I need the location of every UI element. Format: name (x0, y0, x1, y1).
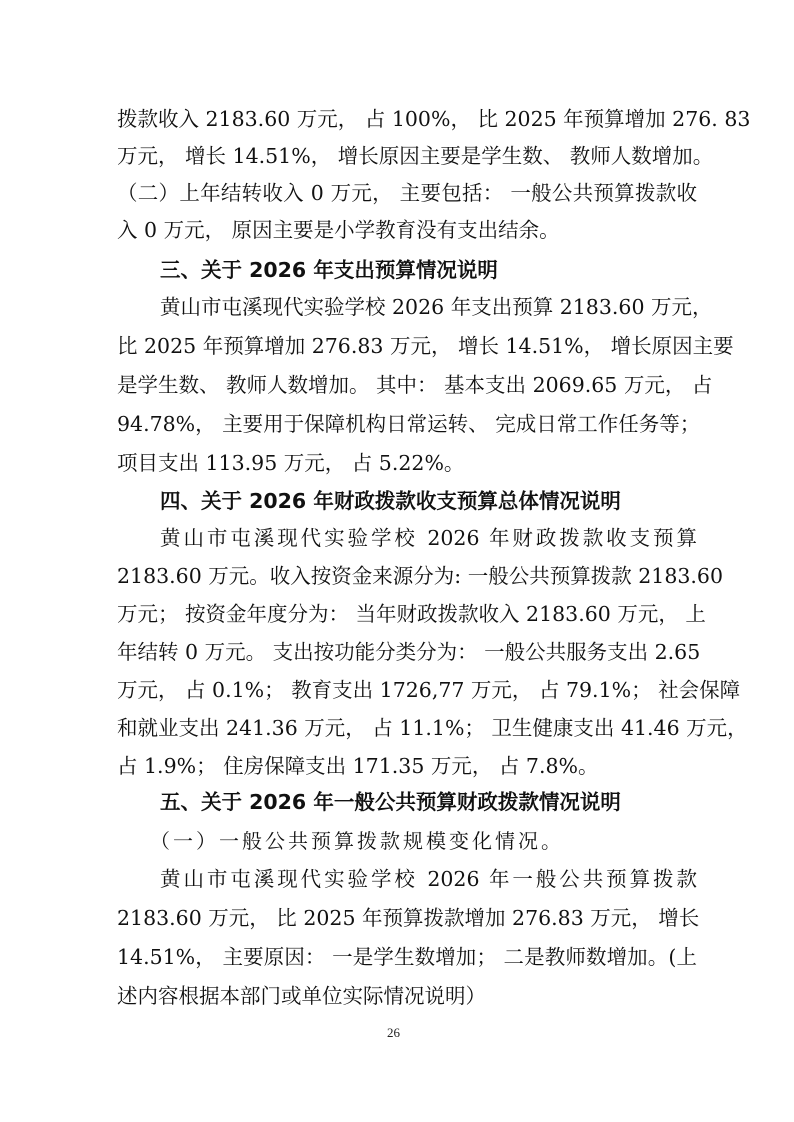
paragraph-line: 万元， 增长 14.51%， 增长原因主要是学生数、 教师人数增加。 (117, 141, 697, 171)
paragraph-line: 述内容根据本部门或单位实际情况说明） (117, 981, 697, 1011)
paragraph-line: 比 2025 年预算增加 276.83 万元， 增长 14.51%， 增长原因主… (117, 331, 697, 361)
paragraph-line: 14.51%， 主要原因： 一是学生数增加； 二是教师数增加。(上 (117, 942, 697, 972)
paragraph-line: 2183.60 万元， 比 2025 年预算拨款增加 276.83 万元， 增长 (117, 903, 697, 933)
section-heading-5: 五、关于 2026 年一般公共预算财政拨款情况说明 (160, 787, 621, 817)
paragraph-line: 年结转 0 万元。 支出按功能分类分为： 一般公共服务支出 2.65 (117, 637, 697, 667)
paragraph-line: 2183.60 万元。收入按资金来源分为: 一般公共预算拨款 2183.60 (117, 561, 697, 591)
paragraph-line: 入 0 万元， 原因主要是小学教育没有支出结余。 (117, 215, 697, 245)
paragraph-line: 是学生数、 教师人数增加。 其中： 基本支出 2069.65 万元， 占 (117, 370, 697, 400)
paragraph-line: 黄山市屯溪现代实验学校 2026 年财政拨款收支预算 (160, 523, 697, 553)
paragraph-line: 黄山市屯溪现代实验学校 2026 年支出预算 2183.60 万元， (160, 292, 697, 322)
document-page: 拨款收入 2183.60 万元， 占 100%， 比 2025 年预算增加 27… (0, 0, 794, 1122)
paragraph-line: 万元； 按资金年度分为： 当年财政拨款收入 2183.60 万元， 上 (117, 599, 697, 629)
paragraph-line: 占 1.9%； 住房保障支出 171.35 万元， 占 7.8%。 (117, 751, 697, 781)
section-heading-4: 四、关于 2026 年财政拨款收支预算总体情况说明 (160, 486, 621, 516)
subsection-heading: （一）一般公共预算拨款规模变化情况。 (150, 826, 564, 856)
paragraph-line: （二）上年结转收入 0 万元， 主要包括： 一般公共预算拨款收 (117, 178, 697, 208)
section-heading-3: 三、关于 2026 年支出预算情况说明 (160, 255, 498, 285)
paragraph-line: 和就业支出 241.36 万元， 占 11.1%； 卫生健康支出 41.46 万… (117, 713, 697, 743)
paragraph-line: 万元， 占 0.1%； 教育支出 1726,77 万元， 占 79.1%； 社会… (117, 675, 697, 705)
paragraph-line: 94.78%， 主要用于保障机构日常运转、 完成日常工作任务等； (117, 409, 697, 439)
page-number: 26 (387, 1025, 400, 1041)
paragraph-line: 黄山市屯溪现代实验学校 2026 年一般公共预算拨款 (160, 864, 697, 894)
paragraph-line: 项目支出 113.95 万元， 占 5.22%。 (117, 448, 697, 478)
paragraph-line: 拨款收入 2183.60 万元， 占 100%， 比 2025 年预算增加 27… (117, 104, 697, 134)
